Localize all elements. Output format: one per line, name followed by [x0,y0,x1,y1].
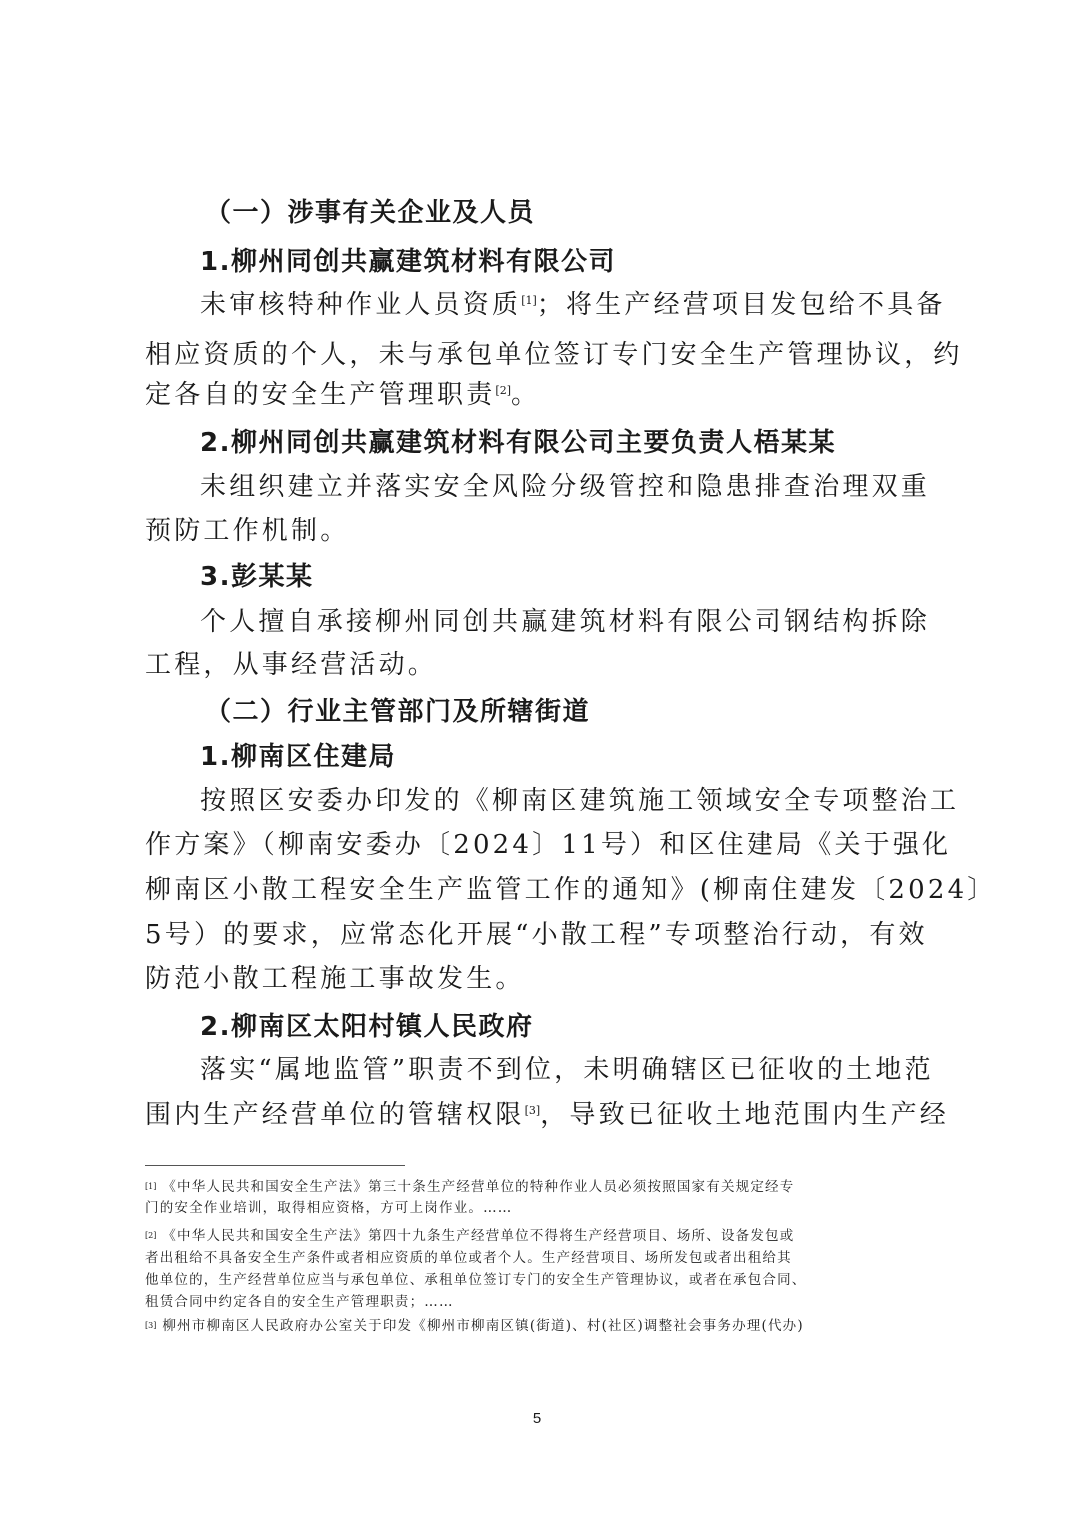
footnote-ref-2[interactable]: [2] [495,384,511,397]
paragraph-2-1-line-2: 作方案》（柳南安委办〔2024〕11号）和区住建局《关于强化 [145,830,945,860]
paragraph-1-2-line-1: 未组织建立并落实安全风险分级管控和隐患排查治理双重 [200,472,1000,502]
paragraph-2-1-line-3: 柳南区小散工程安全生产监管工作的通知》(柳南住建发〔2024〕 [145,875,945,905]
paragraph-2-1-line-4: 5号）的要求，应常态化开展“小散工程”专项整治行动，有效 [145,920,945,950]
paragraph-1-1-line-2: 相应资质的个人，未与承包单位签订专门安全生产管理协议，约 [145,340,945,370]
footnote-mark-1: [1] [145,1182,156,1191]
text: ；将生产经营项目发包给不具备 [537,290,946,320]
paragraph-1-1-line-3: 定各自的安全生产管理职责[2]。 [145,380,945,410]
paragraph-1-1-line-1: 未审核特种作业人员资质[1]；将生产经营项目发包给不具备 [200,290,1000,320]
section-heading-1: （一）涉事有关企业及人员 [205,198,1005,228]
footnote-ref-3[interactable]: [3] [525,1104,541,1117]
text: 《中华人民共和国安全生产法》第四十九条生产经营单位不得将生产经营项目、场所、设备… [162,1228,794,1244]
text: 围内生产经营单位的管辖权限 [145,1100,525,1130]
text: 柳州市柳南区人民政府办公室关于印发《柳州市柳南区镇(街道)、村(社区)调整社会事… [162,1318,804,1334]
text: 。 [511,380,540,410]
footnote-mark-2: [2] [145,1231,156,1240]
subheading-1-2: 2.柳州同创共赢建筑材料有限公司主要负责人梧某某 [200,428,1000,458]
paragraph-1-3-line-1: 个人擅自承接柳州同创共赢建筑材料有限公司钢结构拆除 [200,607,1000,637]
footnote-2-line-1: [2]《中华人民共和国安全生产法》第四十九条生产经营单位不得将生产经营项目、场所… [145,1226,945,1246]
document-page: （一）涉事有关企业及人员 1.柳州同创共赢建筑材料有限公司 未审核特种作业人员资… [0,0,1074,1520]
paragraph-2-1-line-5: 防范小散工程施工事故发生。 [145,964,945,994]
footnote-2-line-2: 者出租给不具备安全生产条件或者相应资质的单位或者个人。生产经营项目、场所发包或者… [145,1248,945,1268]
footnote-1-line-1: [1]《中华人民共和国安全生产法》第三十条生产经营单位的特种作业人员必须按照国家… [145,1177,945,1197]
footnote-2-line-3: 他单位的，生产经营单位应当与承包单位、承租单位签订专门的安全生产管理协议，或者在… [145,1270,945,1290]
footnote-1-line-2: 门的安全作业培训，取得相应资格，方可上岗作业。…… [145,1198,945,1218]
subheading-2-1: 1.柳南区住建局 [200,742,1000,772]
text: ，导致已征收土地范围内生产经 [540,1100,949,1130]
subheading-2-2: 2.柳南区太阳村镇人民政府 [200,1012,1000,1042]
footnote-mark-3: [3] [145,1321,156,1330]
text: 定各自的安全生产管理职责 [145,380,495,410]
footnote-separator [145,1165,405,1166]
paragraph-2-1-line-1: 按照区安委办印发的《柳南区建筑施工领域安全专项整治工 [200,786,1000,816]
footnote-3-line-1: [3]柳州市柳南区人民政府办公室关于印发《柳州市柳南区镇(街道)、村(社区)调整… [145,1316,945,1336]
paragraph-2-2-line-1: 落实“属地监管”职责不到位，未明确辖区已征收的土地范 [200,1055,1000,1085]
footnote-2-line-4: 租赁合同中约定各自的安全生产管理职责；…… [145,1292,945,1312]
subheading-1-1: 1.柳州同创共赢建筑材料有限公司 [200,247,1000,277]
footnote-ref-1[interactable]: [1] [521,294,537,307]
paragraph-2-2-line-2: 围内生产经营单位的管辖权限[3]，导致已征收土地范围内生产经 [145,1100,945,1130]
text: 未审核特种作业人员资质 [200,290,521,320]
subheading-1-3: 3.彭某某 [200,562,1000,592]
page-number: 5 [0,1410,1074,1427]
section-heading-2: （二）行业主管部门及所辖街道 [205,697,1005,727]
paragraph-1-2-line-2: 预防工作机制。 [145,516,945,546]
paragraph-1-3-line-2: 工程，从事经营活动。 [145,650,945,680]
text: 《中华人民共和国安全生产法》第三十条生产经营单位的特种作业人员必须按照国家有关规… [162,1179,794,1195]
